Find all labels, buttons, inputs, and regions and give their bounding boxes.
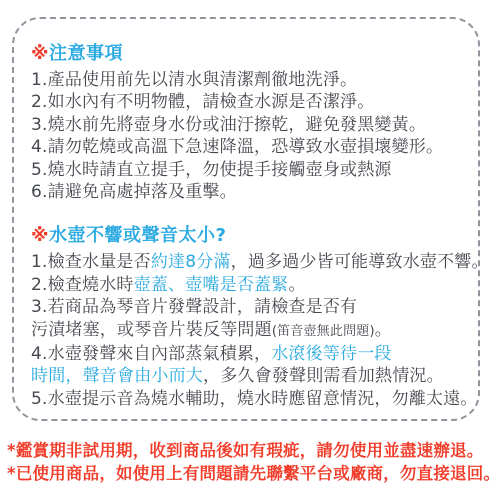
section-precautions-title: 注意事項 bbox=[49, 43, 123, 64]
section-precautions-header: ※注意事項 bbox=[31, 41, 476, 67]
sound-item-1: 1.檢查水量是否約達8分滿，過多過少皆可能導致水壺不響。 bbox=[31, 251, 476, 273]
product-notice-image: ※注意事項 1.產品使用前先以清水與清潔劑徹地洗淨。 2.如水內有不明物體，請檢… bbox=[0, 0, 500, 500]
precaution-item-2: 2.如水內有不明物體，請檢查水源是否潔淨。 bbox=[31, 91, 476, 113]
section-kettle-sound-title: 水壺不響或聲音太小? bbox=[49, 225, 226, 246]
sound-item-5: 5.水壺提示音為燒水輔助，燒水時應留意情況，勿離太遠。 bbox=[31, 388, 476, 410]
sound-item-3-text: 污漬堵塞，或琴音片裝反等問題 bbox=[31, 320, 272, 340]
return-policy-footer: *鑑賞期非試用期，收到商品後如有瑕疵，請勿使用並盡速辦退。 *已使用商品，如使用… bbox=[7, 440, 497, 485]
return-policy-line-1: *鑑賞期非試用期，收到商品後如有瑕疵，請勿使用並盡速辦退。 bbox=[7, 440, 497, 463]
sound-item-3-line-1: 3.若商品為琴音片發聲設計，請檢查是否有 bbox=[31, 296, 476, 318]
precaution-item-6: 6.請避免高處掉落及重擊。 bbox=[31, 181, 476, 203]
section-kettle-sound-header: ※水壺不響或聲音太小? bbox=[31, 223, 476, 249]
precaution-item-4: 4.請勿乾燒或高溫下急速降溫，恐導致水壺損壞變形。 bbox=[31, 136, 476, 158]
return-policy-line-2: *已使用商品，如使用上有問題請先聯繫平台或廠商，勿直接退回。 bbox=[7, 463, 497, 486]
sound-item-4-line-1: 4.水壺發聲來自內部蒸氣積累，水滾後等待一段 bbox=[31, 343, 476, 365]
sound-item-1-text: 1.檢查水量是否 bbox=[31, 252, 151, 272]
sound-item-1-highlight: 約達8分滿 bbox=[151, 252, 231, 272]
sound-item-4-highlight: 時間，聲音會由小而大 bbox=[31, 366, 203, 386]
sound-item-2-text: 2.檢查燒水時 bbox=[31, 275, 134, 295]
precaution-item-1: 1.產品使用前先以清水與清潔劑徹地洗淨。 bbox=[31, 69, 476, 91]
sound-item-3-line-2: 污漬堵塞，或琴音片裝反等問題(笛音壺無此問題)。 bbox=[31, 319, 476, 343]
sound-item-2-text: 。 bbox=[288, 275, 305, 295]
section-precautions: ※注意事項 1.產品使用前先以清水與清潔劑徹地洗淨。 2.如水內有不明物體，請檢… bbox=[31, 41, 476, 203]
sound-item-3-small-note: (笛音壺無此問題) bbox=[272, 324, 375, 339]
precaution-item-3: 3.燒水前先將壺身水份或油汙擦乾，避免發黑變黃。 bbox=[31, 114, 476, 136]
sound-item-1-text: ，過多過少皆可能導致水壺不響。 bbox=[231, 252, 489, 272]
sound-item-4-highlight: 水滾後等待一段 bbox=[271, 344, 391, 364]
section-marker: ※ bbox=[31, 225, 49, 246]
sound-item-2-highlight: 壺蓋、壺嘴是否蓋緊 bbox=[134, 275, 289, 295]
section-gap bbox=[31, 203, 476, 223]
sound-item-4-line-2: 時間，聲音會由小而大，多久會發聲則需看加熱情況。 bbox=[31, 365, 476, 387]
sound-item-2: 2.檢查燒水時壺蓋、壺嘴是否蓋緊。 bbox=[31, 274, 476, 296]
sound-item-4-text: 4.水壺發聲來自內部蒸氣積累， bbox=[31, 344, 271, 364]
precaution-item-5: 5.燒水時請直立提手，勿使提手接觸壺身或熱源 bbox=[31, 159, 476, 181]
notice-box: ※注意事項 1.產品使用前先以清水與清潔劑徹地洗淨。 2.如水內有不明物體，請檢… bbox=[12, 17, 480, 421]
sound-item-3-text: 。 bbox=[375, 320, 392, 340]
section-marker: ※ bbox=[31, 43, 49, 64]
sound-item-4-text: ，多久會發聲則需看加熱情況。 bbox=[203, 366, 444, 386]
section-kettle-sound: ※水壺不響或聲音太小? 1.檢查水量是否約達8分滿，過多過少皆可能導致水壺不響。… bbox=[31, 223, 476, 410]
